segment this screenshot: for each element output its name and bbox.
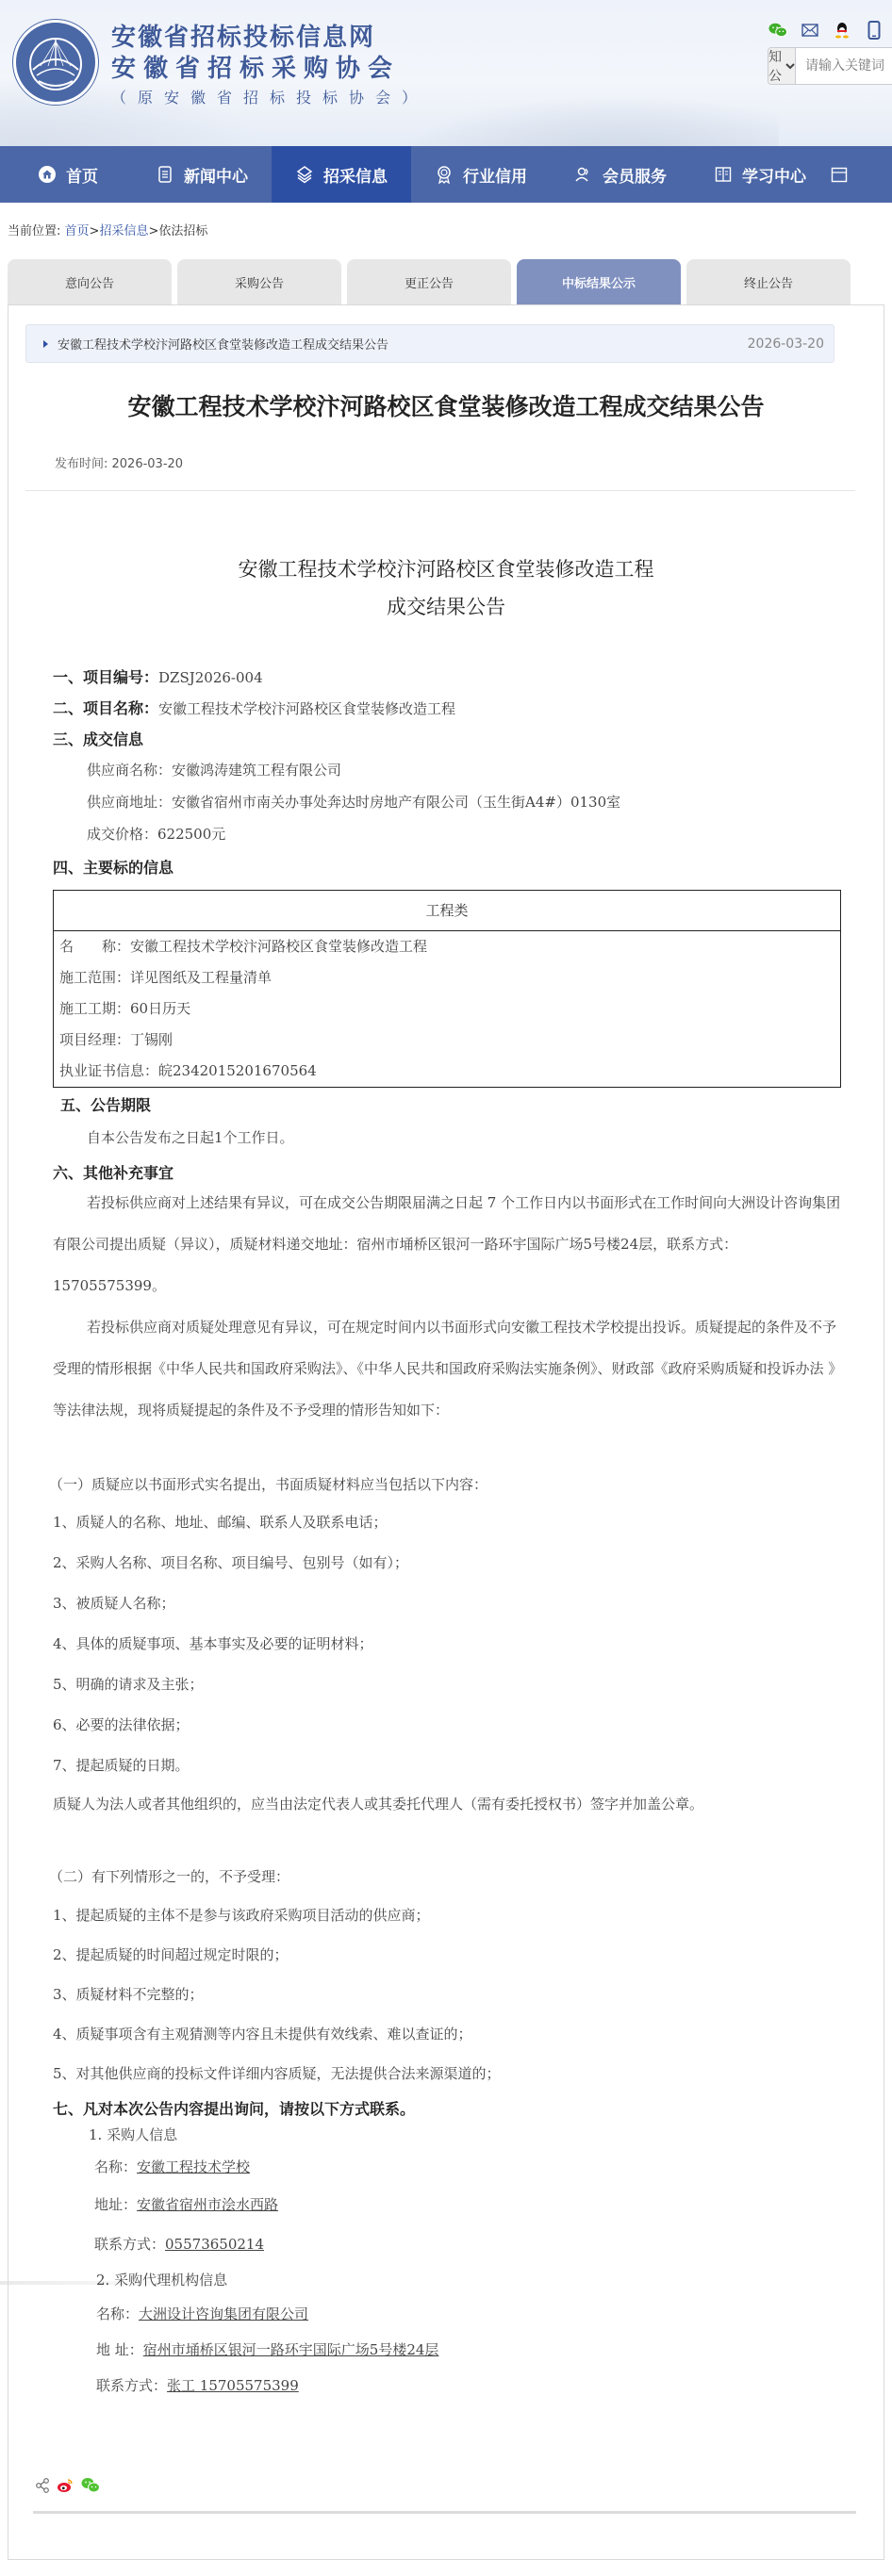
site-header: 安徽省招标投标信息网 安徽省招标采购协会 （原安徽省招标投标协会） 通知公告: [0, 0, 892, 146]
subject-info-table: 工程类 名 称：安徽工程技术学校汴河路校区食堂装修改造工程 施工范围：详见图纸及…: [53, 890, 841, 1088]
breadcrumb-separator: >: [90, 224, 100, 238]
search-category-select[interactable]: 通知公告: [768, 48, 796, 84]
nav-item-more[interactable]: [830, 146, 858, 203]
nav-item-home[interactable]: 首页: [38, 146, 132, 203]
wechat-icon[interactable]: [81, 2477, 100, 2494]
category-tabs: 意向公告 采购公告 更正公告 中标结果公示 终止公告: [8, 259, 851, 304]
section-project-name: 二、项目名称：安徽工程技术学校汴河路校区食堂装修改造工程: [53, 697, 455, 718]
part2-title: （二）有下列情形之一的，不予受理：: [49, 1866, 289, 1886]
publish-time: 发布时间: 2026-03-20: [55, 453, 183, 471]
tab-procurement[interactable]: 采购公告: [177, 259, 341, 304]
section-project-number: 一、项目编号：DZSJ2026-004: [53, 665, 263, 687]
article-title: 安徽工程技术学校汴河路校区食堂装修改造工程成交结果公告: [0, 388, 892, 422]
list-item: 3、质疑材料不完整的；: [53, 1984, 204, 2004]
buyer-name-value: 安徽工程技术学校: [137, 2158, 250, 2175]
table-row: 名 称：安徽工程技术学校汴河路校区食堂装修改造工程: [54, 931, 840, 962]
article-list-date: 2026-03-20: [748, 336, 824, 352]
nav-item-label: 首页: [66, 163, 98, 187]
tab-award-result[interactable]: 中标结果公示: [517, 259, 681, 304]
agent-info-heading: 2. 采购代理机构信息: [96, 2270, 227, 2289]
search-box: 通知公告: [768, 47, 892, 85]
agent-address-value: 宿州市埇桥区银河一路环宇国际广场5号楼24层: [143, 2341, 439, 2358]
layers-icon: [295, 165, 314, 184]
nav-item-label: 学习中心: [742, 163, 806, 187]
deal-price: 成交价格：622500元: [87, 824, 225, 844]
content-panel: [8, 304, 884, 2560]
list-item: 1、质疑人的名称、地址、邮编、联系人及联系电话；: [53, 1512, 388, 1532]
list-item: 1、提起质疑的主体不是参与该政府采购项目活动的供应商；: [53, 1905, 430, 1925]
agent-phone: 联系方式：张工 15705575399: [96, 2375, 299, 2395]
section-main-subject-heading: 四、主要标的信息: [53, 856, 173, 878]
tab-correction[interactable]: 更正公告: [347, 259, 511, 304]
tab-label: 中标结果公示: [562, 273, 636, 291]
header-background-mountain: [383, 94, 779, 146]
share-icon[interactable]: [36, 2478, 49, 2493]
tab-intention[interactable]: 意向公告: [8, 259, 172, 304]
share-bar: [36, 2477, 100, 2494]
project-name: 安徽工程技术学校汴河路校区食堂装修改造工程: [158, 700, 455, 717]
weibo-icon[interactable]: [57, 2478, 74, 2493]
table-row: 执业证书信息：皖2342015201670564: [54, 1056, 840, 1087]
nav-item-label: 新闻中心: [184, 163, 248, 187]
list-item: 6、必要的法律依据；: [53, 1715, 190, 1734]
list-item: 4、具体的质疑事项、基本事实及必要的证明材料；: [53, 1633, 373, 1653]
mail-icon[interactable]: [801, 21, 819, 40]
calendar-icon: [830, 165, 849, 184]
breadcrumb-separator: >: [148, 224, 158, 238]
nav-item-news[interactable]: 新闻中心: [132, 146, 272, 203]
site-titles: 安徽省招标投标信息网 安徽省招标采购协会 （原安徽省招标投标协会）: [111, 23, 428, 111]
qq-icon[interactable]: [833, 21, 851, 40]
tab-label: 更正公告: [405, 273, 454, 291]
publish-date: 2026-03-20: [112, 457, 184, 471]
nav-item-label: 招采信息: [323, 163, 388, 187]
list-item: 2、采购人名称、项目名称、项目编号、包别号（如有）；: [53, 1552, 408, 1572]
buyer-phone-value: 05573650214: [165, 2236, 264, 2253]
article-list-header[interactable]: 安徽工程技术学校汴河路校区食堂装修改造工程成交结果公告 2026-03-20: [25, 324, 834, 363]
mobile-icon[interactable]: [865, 21, 884, 40]
notice-period-text: 自本公告发布之日起1个工作日。: [87, 1127, 294, 1147]
breadcrumb-current: 依法招标: [158, 224, 207, 238]
agent-name: 名称：大洲设计咨询集团有限公司: [96, 2304, 308, 2323]
tab-label: 意向公告: [65, 273, 114, 291]
buyer-address: 地址：安徽省宿州市浍水西路: [94, 2194, 278, 2214]
list-item: 2、提起质疑的时间超过规定时限的；: [53, 1944, 289, 1964]
site-title-primary: 安徽省招标投标信息网: [111, 23, 428, 53]
wechat-icon[interactable]: [768, 21, 787, 40]
header-social-links: [768, 21, 884, 40]
breadcrumb-home[interactable]: 首页: [65, 224, 90, 238]
book-icon: [714, 165, 733, 184]
agent-phone-value: 张工 15705575399: [167, 2377, 299, 2394]
search-category-label: 通知公告: [768, 47, 782, 85]
document-icon: [156, 165, 174, 184]
chevron-down-icon: [785, 58, 795, 74]
tab-label: 终止公告: [744, 273, 793, 291]
buyer-name: 名称：安徽工程技术学校: [94, 2157, 250, 2176]
search-input[interactable]: [796, 48, 892, 84]
table-header: 工程类: [54, 891, 840, 931]
table-row: 施工工期：60日历天: [54, 993, 840, 1025]
part1-title: （一）质疑应以书面形式实名提出，书面质疑材料应当包括以下内容：: [49, 1474, 487, 1494]
users-icon: [574, 165, 593, 184]
objection-paragraph: 若投标供应商对上述结果有异议，可在成交公告期限届满之日起 7 个工作日内以书面形…: [53, 1182, 845, 1306]
buyer-phone: 联系方式：05573650214: [94, 2234, 264, 2254]
breadcrumb-procurement[interactable]: 招采信息: [99, 224, 148, 238]
buyer-info-heading: 1. 采购人信息: [89, 2125, 177, 2144]
buyer-address-value: 安徽省宿州市浍水西路: [137, 2196, 278, 2213]
tab-label: 采购公告: [235, 273, 284, 291]
nav-item-procurement[interactable]: 招采信息: [272, 146, 411, 203]
list-item: 3、被质疑人名称；: [53, 1593, 175, 1613]
section-deal-info-heading: 三、成交信息: [53, 728, 143, 749]
nav-item-learning[interactable]: 学习中心: [690, 146, 830, 203]
agent-address: 地 址：宿州市埇桥区银河一路环宇国际广场5号楼24层: [96, 2339, 438, 2359]
nav-item-label: 行业信用: [463, 163, 527, 187]
divider: [25, 490, 855, 491]
logo-emblem-icon: [16, 23, 95, 102]
list-item: 4、质疑事项含有主观猜测等内容且未提供有效线索、难以查证的；: [53, 2024, 472, 2043]
site-title-secondary: 安徽省招标采购协会: [111, 53, 428, 85]
part1-note: 质疑人为法人或者其他组织的，应当由法定代表人或其委托代理人（需有委托授权书）签字…: [53, 1783, 845, 1825]
list-item: 5、对其他供应商的投标文件详细内容质疑，无法提供合法来源渠道的；: [53, 2063, 501, 2083]
doc-title-line-1: 安徽工程技术学校汴河路校区食堂装修改造工程: [0, 554, 892, 582]
table-row: 项目经理：丁锡刚: [54, 1025, 840, 1056]
agent-name-value: 大洲设计咨询集团有限公司: [139, 2305, 308, 2322]
breadcrumb: 当前位置: 首页>招采信息>依法招标: [8, 221, 207, 238]
section-notice-period-heading: 五、公告期限: [60, 1093, 151, 1115]
complaint-paragraph: 若投标供应商对质疑处理意见有异议，可在规定时间内以书面形式向安徽工程技术学校提出…: [53, 1306, 845, 1431]
main-nav: 首页 新闻中心 招采信息 行业信用 会员服务 学习中心: [0, 146, 892, 203]
association-logo[interactable]: [13, 20, 98, 105]
publish-label: 发布时间:: [55, 457, 112, 471]
list-item: 5、明确的请求及主张；: [53, 1674, 204, 1694]
nav-item-label: 会员服务: [603, 163, 667, 187]
nav-item-member[interactable]: 会员服务: [551, 146, 690, 203]
project-number: DZSJ2026-004: [158, 669, 263, 686]
article-list-title: 安徽工程技术学校汴河路校区食堂装修改造工程成交结果公告: [58, 335, 388, 353]
supplier-name: 供应商名称：安徽鸿涛建筑工程有限公司: [87, 760, 341, 779]
list-item: 7、提起质疑的日期。: [53, 1755, 190, 1775]
site-title-former-name: （原安徽省招标投标协会）: [111, 85, 428, 111]
section-other-matters-heading: 六、其他补充事宜: [53, 1161, 173, 1183]
supplier-address: 供应商地址：安徽省宿州市南关办事处奔达时房地产有限公司（玉生街A4#）0130室: [87, 792, 620, 812]
triangle-bullet-icon: [43, 340, 48, 348]
doc-title-line-2: 成交结果公告: [0, 592, 892, 620]
share-divider: [33, 2511, 856, 2514]
award-icon: [435, 165, 454, 184]
section-contact-heading: 七、凡对本次公告内容提出询问，请按以下方式联系。: [53, 2097, 415, 2119]
nav-item-credit[interactable]: 行业信用: [411, 146, 551, 203]
home-icon: [38, 165, 57, 184]
table-row: 施工范围：详见图纸及工程量清单: [54, 962, 840, 993]
breadcrumb-prefix: 当前位置:: [8, 224, 65, 238]
tab-termination[interactable]: 终止公告: [686, 259, 851, 304]
